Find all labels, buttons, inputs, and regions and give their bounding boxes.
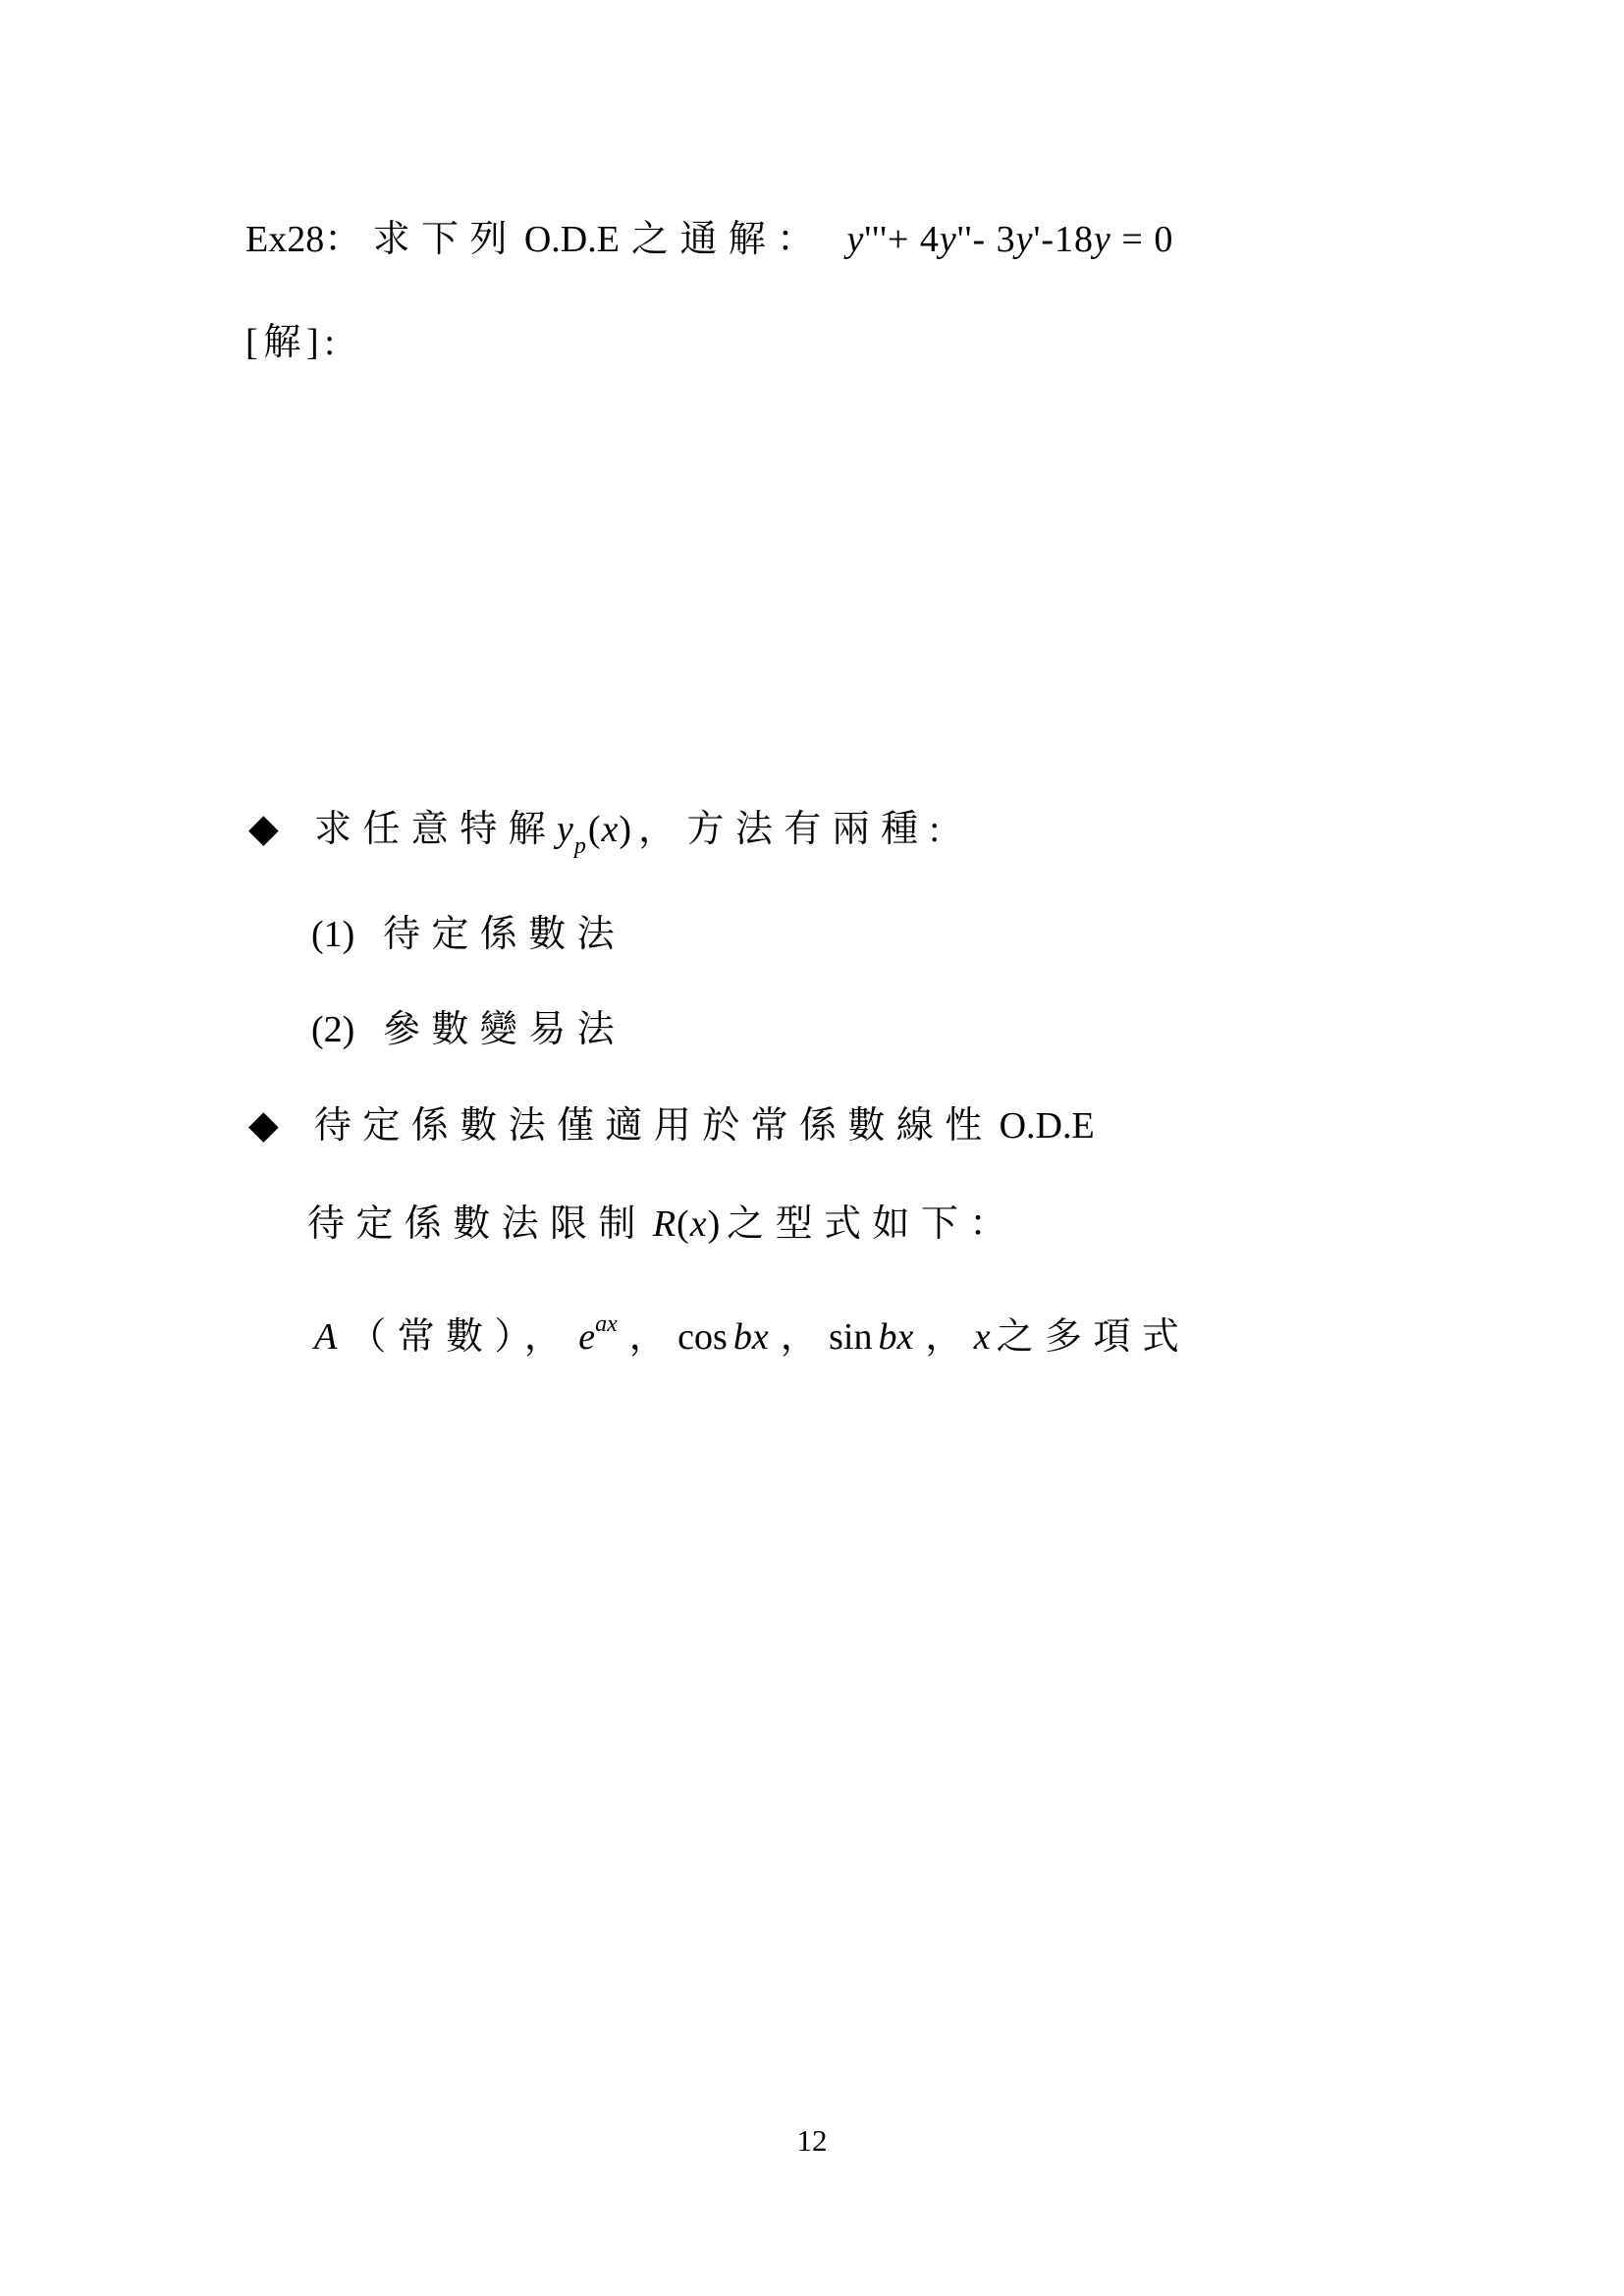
form-cos-arg: bx: [733, 1316, 769, 1358]
exponent-ax: ax: [595, 1311, 618, 1337]
bullet-particular-solution: ◆求任意特解yp(x)，方法有兩種:: [248, 805, 950, 870]
bullet2-ode-abbrev: O.D.E: [1000, 1105, 1095, 1147]
form-const-label: （常數），: [349, 1316, 572, 1358]
allowed-forms-line: A（常數），eax，cosbx，sinbx，x之多項式: [314, 1301, 1190, 1361]
bullet1-text-post: ，方法有兩種:: [638, 809, 950, 850]
form-A-constant: A: [314, 1316, 337, 1358]
exercise-colon: ：: [324, 219, 372, 260]
separator-comma-2: ，: [781, 1316, 829, 1358]
separator-comma-3: ，: [925, 1316, 973, 1358]
title-text-1: 求下列: [373, 219, 518, 260]
document-page: Ex28：求下列O.D.E之通解：y'''+ 4y''- 3y'-18y = 0…: [0, 0, 1624, 2296]
bullet1-text-pre: 求任意特解: [314, 809, 557, 850]
diamond-bullet-icon: ◆: [248, 1101, 314, 1148]
item2-label: 參數變易法: [383, 1009, 625, 1050]
r-of-x-expression: R(x): [653, 1203, 721, 1245]
form-sin-arg: bx: [878, 1316, 913, 1358]
rx-restriction-line: 待定係數法限制R(x)之型式如下：: [307, 1201, 1018, 1248]
bullet2-text: 待定係數法僅適用於常係數線性: [314, 1105, 994, 1147]
bullet-undetermined-coeff: ◆待定係數法僅適用於常係數線性O.D.E: [248, 1101, 1095, 1149]
form-polynomial-var: x: [974, 1316, 991, 1358]
item1-number: (1): [311, 911, 383, 958]
list-item-1: (1)待定係數法: [311, 911, 625, 958]
separator-comma-1: ，: [629, 1316, 677, 1358]
exercise-label: Ex28: [245, 219, 324, 260]
list-item-2: (2)參數變易法: [311, 1006, 625, 1053]
title-text-2: 之通解：: [631, 219, 826, 260]
rx-text-pre: 待定係數法限制: [307, 1203, 647, 1245]
form-cos-label: cos: [677, 1316, 728, 1358]
page-number: 12: [0, 2123, 1624, 2159]
solution-label: [解]:: [245, 319, 341, 366]
ode-equation: y'''+ 4y''- 3y'-18y = 0: [847, 219, 1174, 260]
title-ode-abbrev: O.D.E: [524, 219, 620, 260]
form-exponential: e: [578, 1316, 595, 1358]
diamond-bullet-icon: ◆: [248, 805, 314, 852]
yp-of-x-expression: yp(x): [557, 809, 632, 850]
exercise-title-line: Ex28：求下列O.D.E之通解：y'''+ 4y''- 3y'-18y = 0: [245, 216, 1173, 263]
rx-text-post: 之型式如下：: [727, 1203, 1017, 1245]
item1-label: 待定係數法: [383, 914, 625, 955]
form-polynomial-label: 之多項式: [997, 1316, 1191, 1358]
form-sin-label: sin: [829, 1316, 872, 1358]
item2-number: (2): [311, 1006, 383, 1053]
